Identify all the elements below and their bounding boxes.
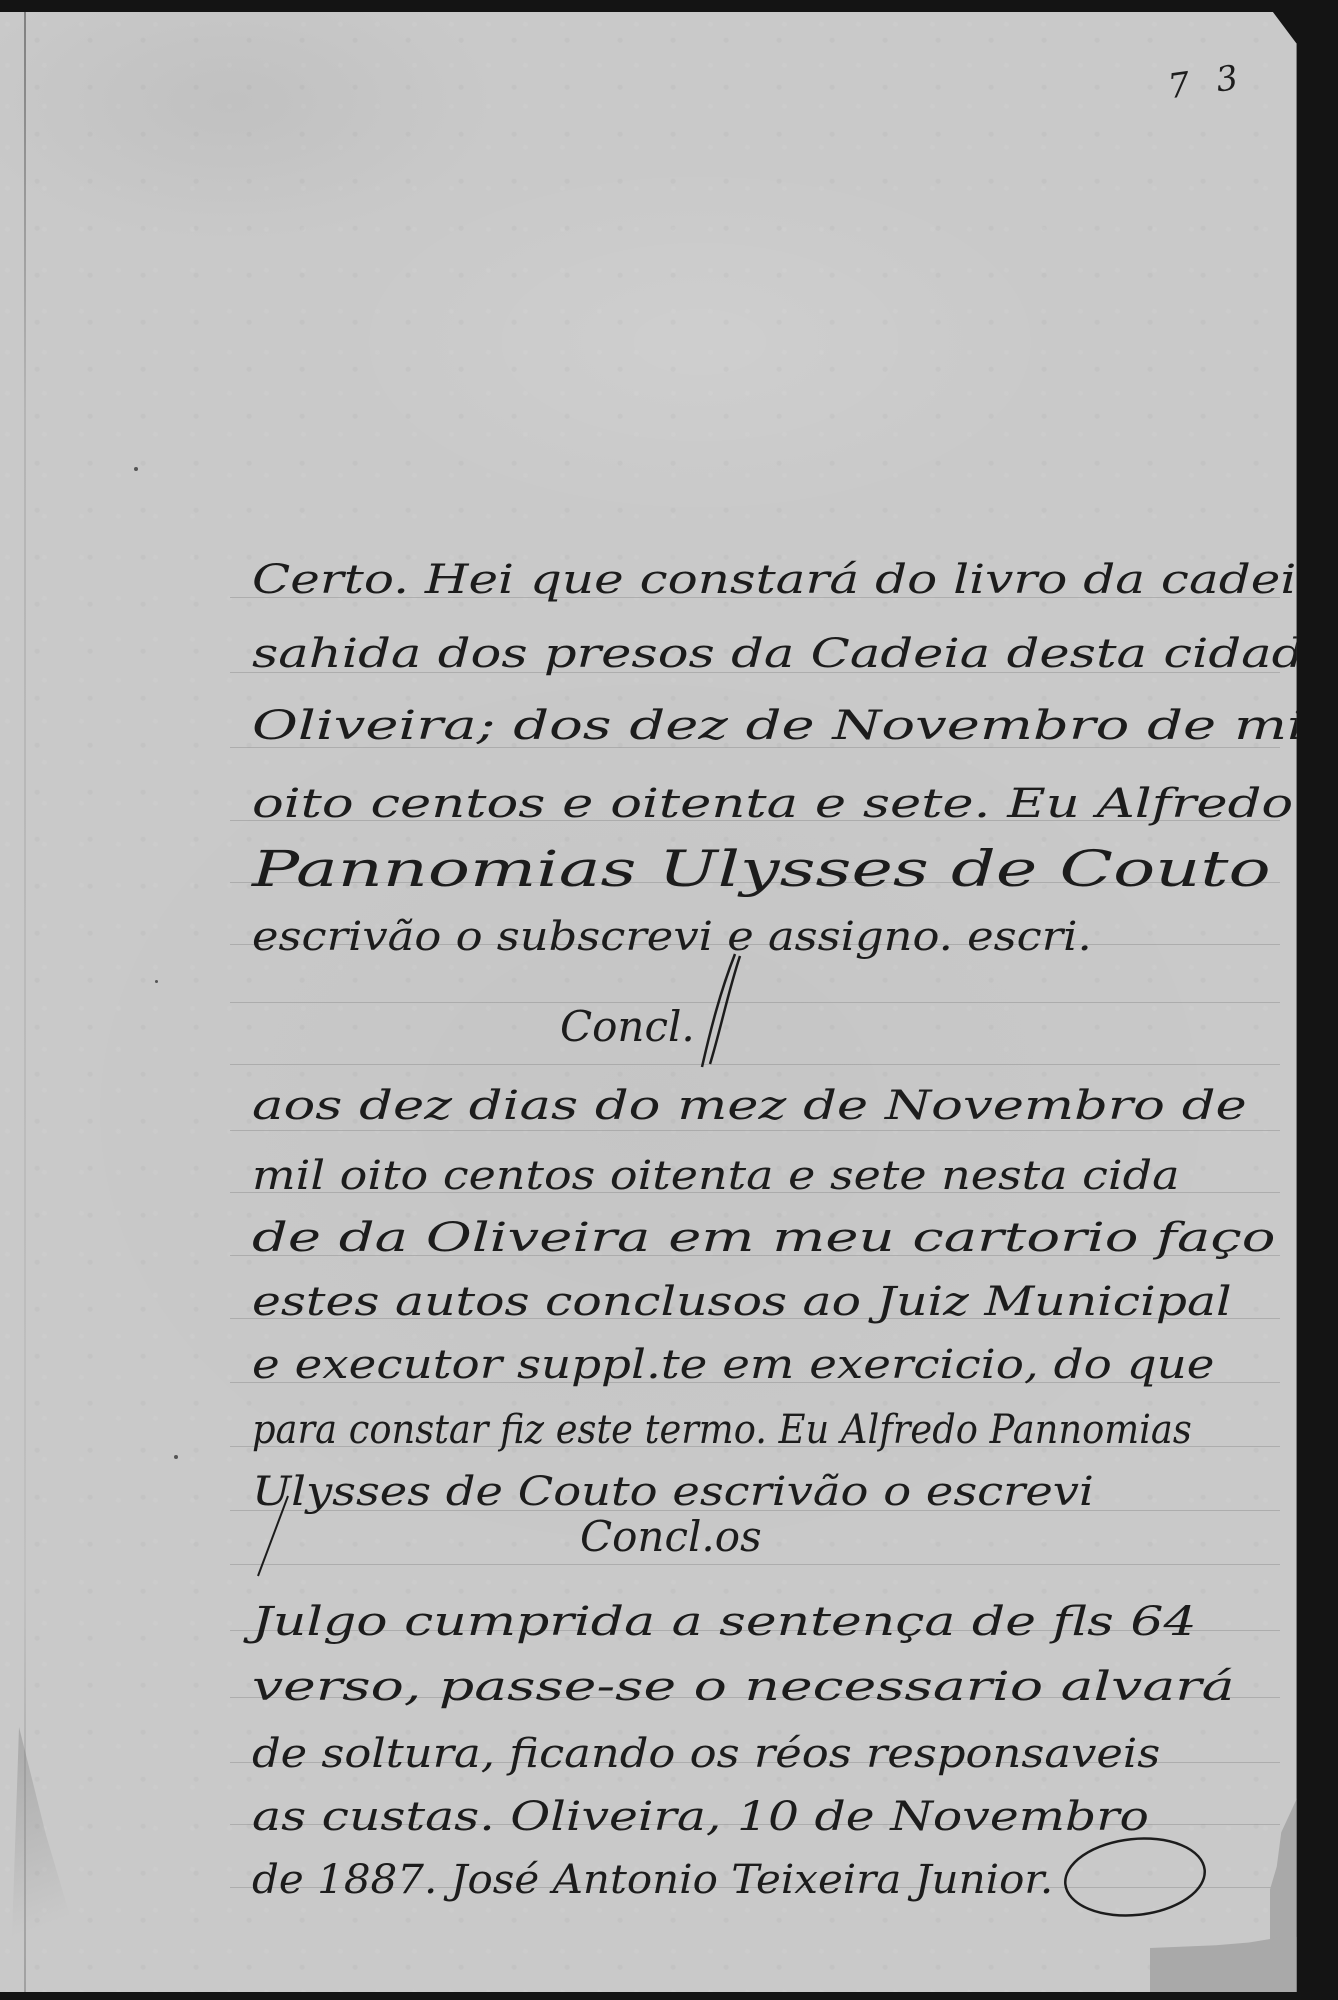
flourish-stroke <box>680 952 760 1072</box>
text-line: aos dez dias do mez de Novembro de <box>252 1086 1247 1126</box>
text-line: mil oito centos oitenta e sete nesta cid… <box>252 1156 1180 1196</box>
fold-line <box>24 12 26 1992</box>
manuscript-page: 7 3 Certo. Hei que constará do livro da … <box>0 12 1315 1992</box>
margin-stroke <box>252 1492 292 1582</box>
signature-line: de 1887. José Antonio Teixeira Junior. <box>252 1860 1053 1900</box>
text-line: as custas. Oliveira, 10 de Novembro <box>252 1797 1149 1837</box>
folio-number: 7 3 <box>1166 57 1249 107</box>
text-line: verso, passe-se o necessario alvará <box>252 1667 1235 1707</box>
text-line: de soltura, ficando os réos responsaveis <box>252 1734 1160 1774</box>
text-line: e executor suppl.te em exercicio, do que <box>252 1345 1214 1385</box>
ruled-line <box>230 1564 1280 1565</box>
ruled-line <box>230 1130 1280 1131</box>
section-heading: Concl. <box>560 1002 695 1051</box>
signature-flourish <box>1060 1832 1210 1927</box>
ink-speck <box>174 1455 178 1459</box>
ink-speck <box>155 980 158 983</box>
scan-background: 7 3 Certo. Hei que constará do livro da … <box>0 0 1338 2000</box>
text-line: Certo. Hei que constará do livro da cade… <box>252 560 1338 600</box>
text-line: sahida dos presos da Cadeia desta cidade… <box>252 634 1338 674</box>
text-line: de da Oliveira em meu cartorio faço <box>252 1218 1275 1258</box>
text-line: estes autos conclusos ao Juiz Municipal <box>252 1282 1232 1322</box>
torn-edge <box>1150 1937 1315 1992</box>
ink-speck <box>134 467 138 471</box>
text-line: para constar fiz este termo. Eu Alfredo … <box>252 1410 1192 1450</box>
water-stain <box>10 1727 100 1997</box>
section-heading: Concl.os <box>580 1512 762 1561</box>
text-line: Ulysses de Couto escrivão o escrevi <box>252 1472 1094 1512</box>
text-line: Julgo cumprida a sentença de fls 64 <box>252 1602 1197 1642</box>
text-line: Pannomias Ulysses de Couto <box>252 844 1271 894</box>
text-line: Oliveira; dos dez de Novembro de mil <box>252 706 1323 746</box>
text-line: oito centos e oitenta e sete. Eu Alfredo <box>252 784 1293 824</box>
text-line: escrivão o subscrevi e assigno. escri. <box>252 917 1092 957</box>
